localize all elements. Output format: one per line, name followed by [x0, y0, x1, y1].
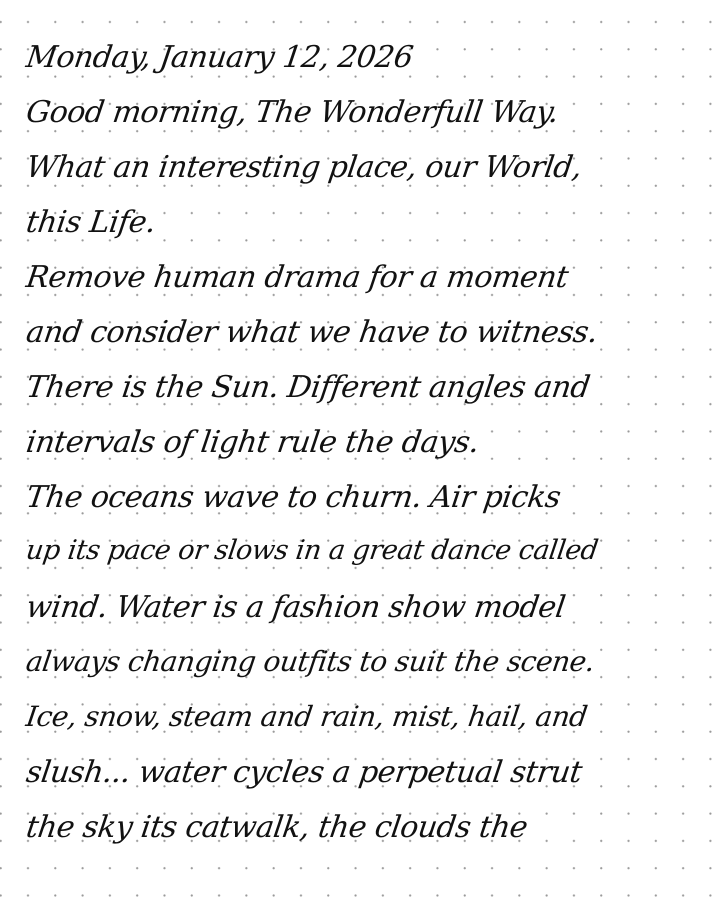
text-line: What an interesting place, our World, — [24, 150, 584, 185]
text-line: Good morning, The Wonderfull Way. — [24, 95, 560, 130]
text-line: Ice, snow, steam and rain, mist, hail, a… — [24, 700, 589, 733]
text-line: always changing outfits to suit the scen… — [24, 645, 597, 678]
text-line: the sky its catwalk, the clouds the — [24, 810, 530, 845]
text-line: Remove human drama for a moment — [24, 260, 570, 295]
text-line: and consider what we have to witness. — [24, 315, 600, 350]
text-line: intervals of light rule the days. — [24, 425, 481, 460]
text-line: this Life. — [24, 205, 158, 240]
text-line: There is the Sun. Different angles and — [24, 370, 592, 405]
text-line: slush... water cycles a perpetual strut — [24, 755, 584, 790]
date-heading: Monday, January 12, 2026 — [24, 40, 415, 75]
dot-grid-page: Monday, January 12, 2026 Good morning, T… — [0, 0, 712, 898]
text-line: The oceans wave to churn. Air picks — [24, 480, 563, 515]
text-line: wind. Water is a fashion show model — [24, 590, 567, 625]
text-line: up its pace or slows in a great dance ca… — [24, 535, 600, 566]
